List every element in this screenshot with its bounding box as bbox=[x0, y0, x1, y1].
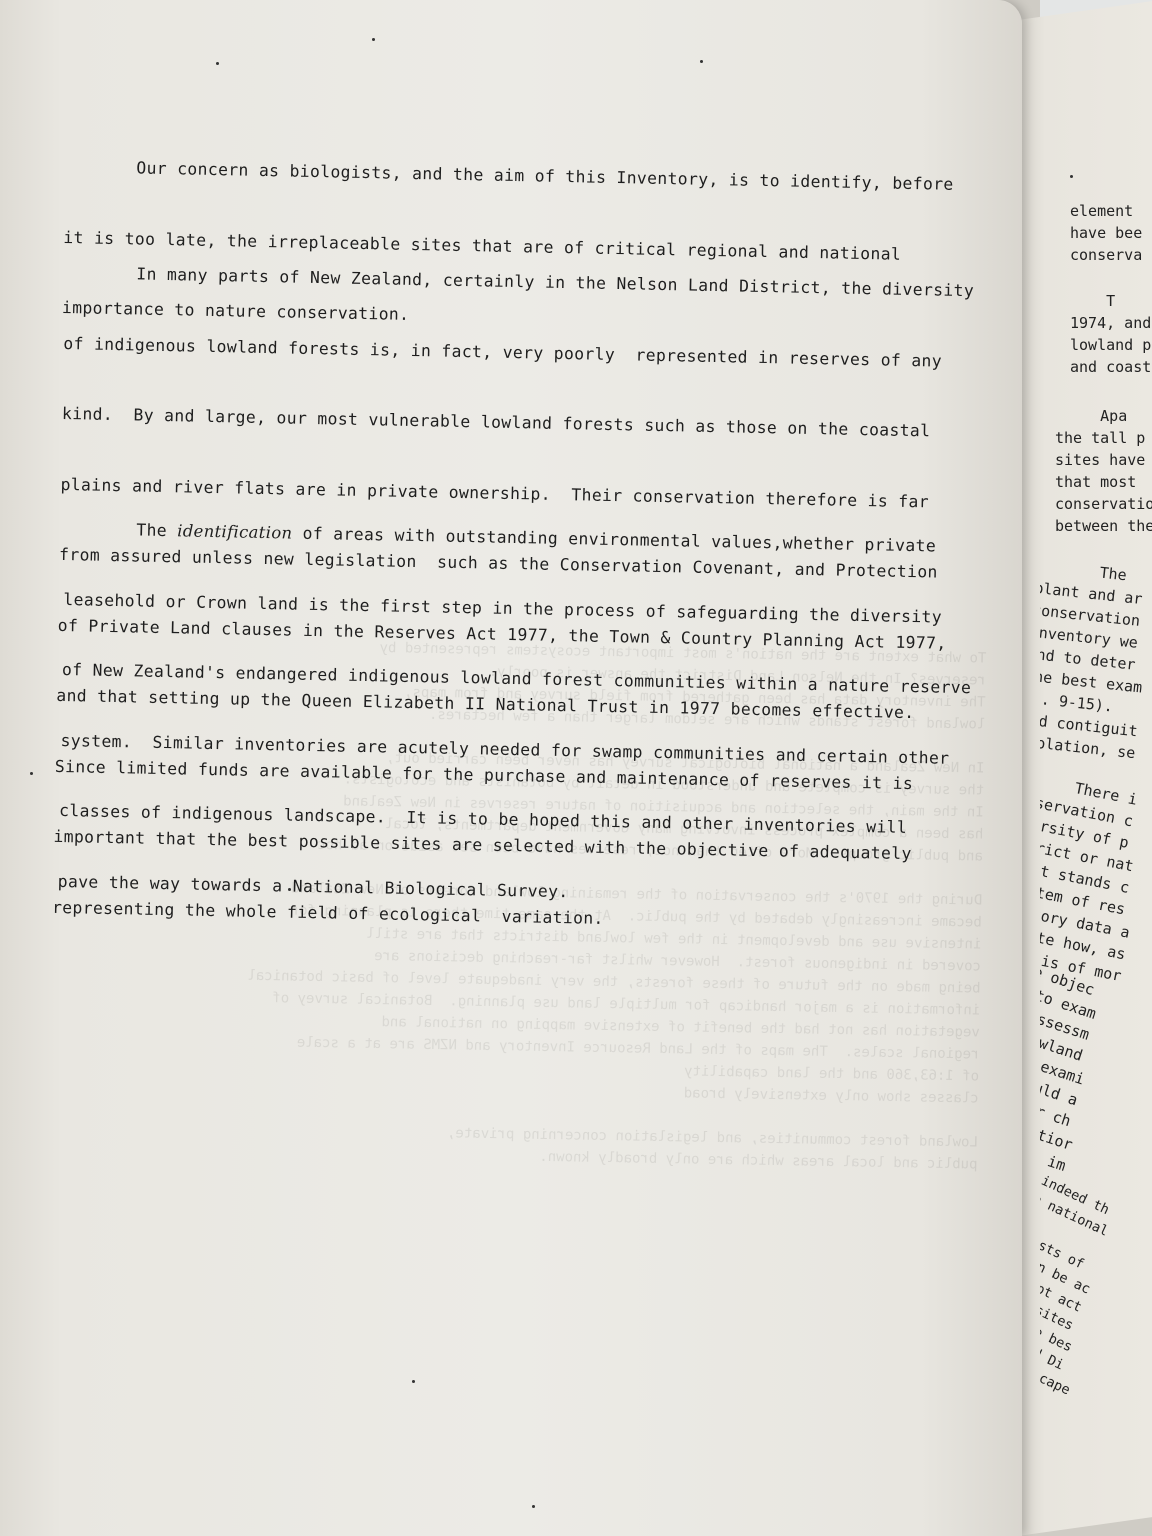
speck bbox=[532, 1505, 535, 1508]
speck bbox=[216, 62, 219, 65]
right-block: Theplant and arconservationinventory wea… bbox=[1040, 555, 1152, 764]
right-block: The objec- to exam assessm lowland- to e… bbox=[1040, 955, 1123, 1177]
speck bbox=[700, 60, 703, 63]
right-block: If indeed thadvocate a national The list… bbox=[1040, 1140, 1149, 1437]
text-line: sites have bbox=[1055, 449, 1152, 471]
text-line: system. Similar inventories are acutely … bbox=[60, 728, 1000, 770]
text-line: and coast bbox=[1070, 356, 1151, 378]
speck bbox=[372, 38, 375, 41]
text-line: kind. By and large, our most vulnerable … bbox=[62, 402, 1002, 444]
text-line: that most bbox=[1055, 471, 1152, 493]
text-line: the tall p bbox=[1055, 427, 1152, 449]
text-line: 1974, and bbox=[1070, 312, 1151, 334]
text-line: classes of indigenous landscape. It is t… bbox=[59, 799, 999, 841]
left-page: To what extent are the nation's most imp… bbox=[0, 0, 1022, 1536]
right-block: There iconservation cdiversity of pdistr… bbox=[1040, 765, 1152, 987]
text-line: leasehold or Crown land is the first ste… bbox=[63, 587, 1003, 629]
right-block: elementhave beeconserva bbox=[1070, 200, 1142, 266]
text-line: conserva bbox=[1070, 244, 1142, 266]
speck bbox=[288, 888, 291, 891]
text-line: In many parts of New Zealand, certainly … bbox=[65, 261, 1005, 303]
text-line: have bee bbox=[1070, 222, 1142, 244]
text-line: pave the way towards a National Biologic… bbox=[58, 869, 998, 911]
right-block: Apathe tall psites havethat mostconserva… bbox=[1055, 405, 1152, 537]
text-line: element bbox=[1070, 200, 1142, 222]
text-line: conservatio bbox=[1055, 493, 1152, 515]
speck bbox=[412, 1380, 415, 1383]
speck bbox=[1070, 175, 1073, 178]
text-line: Our concern as biologists, and the aim o… bbox=[65, 155, 1005, 197]
paragraph-3: The identification of areas with outstan… bbox=[57, 470, 1006, 959]
text-line: of New Zealand's endangered indigenous l… bbox=[62, 658, 1002, 700]
text-line: of indigenous lowland forests is, in fac… bbox=[63, 331, 1003, 373]
text-line: lowland p bbox=[1070, 334, 1151, 356]
text-line: T bbox=[1070, 290, 1151, 312]
speck bbox=[30, 772, 33, 775]
text-line-with-emphasis: The identification of areas with outstan… bbox=[65, 517, 1005, 559]
right-page-text: elementhave beeconserva T1974, andlowlan… bbox=[1040, 0, 1152, 1536]
text-line: Apa bbox=[1055, 405, 1152, 427]
emphasized-word: identification bbox=[177, 521, 293, 542]
text-line: between the bbox=[1055, 515, 1152, 537]
right-block: T1974, andlowland pand coast bbox=[1070, 290, 1151, 378]
